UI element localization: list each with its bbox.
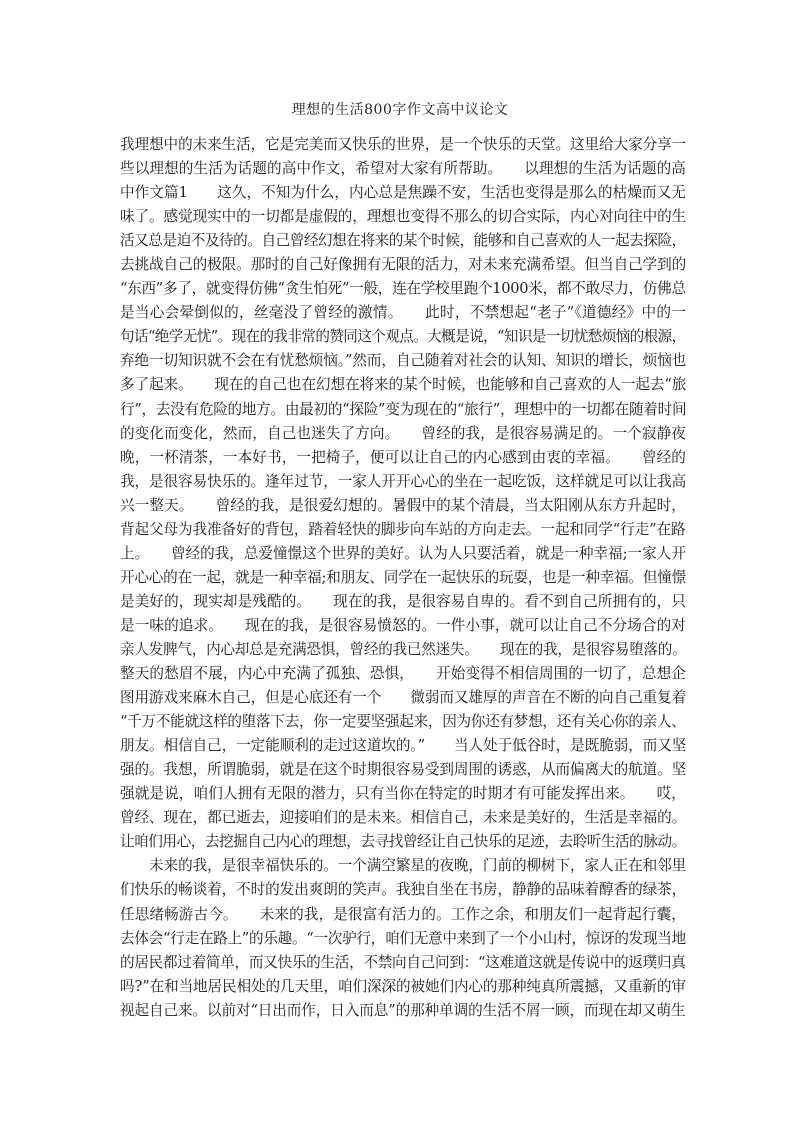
body-line: 是美好的，现实却是残酷的。 现在的我，是很容易自卑的。看不到自己所拥有的，只: [120, 590, 686, 614]
body-line: 兴一整天。 曾经的我，是很爱幻想的。暑假中的某个清晨，当太阳刚从东方升起时，: [120, 494, 686, 518]
body-line: “千万不能就这样的堕落下去，你一定要坚强起来，因为你还有梦想，还有关心你的亲人、: [120, 710, 686, 734]
body-line: 亲人发脾气，内心却总是充满恐惧，曾经的我已然迷失。 现在的我，是很容易堕落的。: [120, 638, 686, 662]
body-line: 视起自己来。以前对“日出而作，日入而息”的那种单调的生活不屑一顾，而现在却又萌生: [120, 999, 686, 1023]
body-line: 多了起来。 现在的自己也在幻想在将来的某个时候，也能够和自己喜欢的人一起去“旅: [120, 373, 686, 397]
body-line: 的居民都过着简单，而又快乐的生活，不禁向自己问到：“这难道这就是传说中的返璞归真: [120, 951, 686, 975]
body-line: 些以理想的生活为话题的高中作文，希望对大家有所帮助。 以理想的生活为话题的高: [120, 157, 686, 181]
body-line: 我，是很容易快乐的。逢年过节，一家人开开心心的坐在一起吃饭，这样就足可以让我高: [120, 470, 686, 494]
body-line: 去挑战自己的极限。那时的自己好像拥有无限的活力，对未来充满希望。但当自己学到的: [120, 253, 686, 277]
body-line: 味了。感觉现实中的一切都是虚假的，理想也变得不那么的切合实际，内心对向往中的生: [120, 205, 686, 229]
body-line: 背起父母为我准备好的背包，踏着轻快的脚步向车站的方向走去。一起和同学“行走”在路: [120, 518, 686, 542]
body-line: 曾经、现在，都已逝去，迎接咱们的是未来。相信自己，未来是美好的，生活是幸福的。: [120, 806, 686, 830]
body-line: 吗?”在和当地居民相处的几天里，咱们深深的被她们内心的那种纯真所震撼，又重新的审: [120, 975, 686, 999]
document-page: 理想的生活800字作文高中议论文 我理想中的未来生活，它是完美而又快乐的世界，是…: [0, 0, 800, 1132]
body-line: 朋友。相信自己，一定能顺利的走过这道坎的。” 当人处于低谷时，是既脆弱，而又坚: [120, 734, 686, 758]
body-line: 图用游戏来麻木自己，但是心底还有一个 微弱而又雄厚的声音在不断的向自己重复着: [120, 686, 686, 710]
body-line: 上。 曾经的我，总爱憧憬这个世界的美好。认为人只要活着，就是一种幸福;一家人开: [120, 542, 686, 566]
body-line: 的变化而变化，然而，自己也迷失了方向。 曾经的我，是很容易满足的。一个寂静夜: [120, 422, 686, 446]
body-line: 晚，一杯清茶，一本好书，一把椅子，便可以让自己的内心感到由衷的幸福。 曾经的: [120, 446, 686, 470]
body-line: 活又总是迫不及待的。自己曾经幻想在将来的某个时候，能够和自己喜欢的人一起去探险，: [120, 229, 686, 253]
body-line: 未来的我，是很幸福快乐的。一个满空繁星的夜晚，门前的柳树下，家人正在和邻里: [120, 854, 686, 878]
body-line: 弃绝一切知识就不会在有忧愁烦恼。”然而，自己随着对社会的认知、知识的增长，烦恼也: [120, 349, 686, 373]
body-line: 行”，去没有危险的地方。由最初的“探险”变为现在的“旅行”，理想中的一切都在随着…: [120, 398, 686, 422]
body-line: 是一味的追求。 现在的我，是很容易愤怒的。一件小事，就可以让自己不分场合的对: [120, 614, 686, 638]
body-line: 整天的愁眉不展，内心中充满了孤独、恐惧， 开始变得不相信周围的一切了，总想企: [120, 662, 686, 686]
body-line: 开心心的在一起，就是一种幸福;和朋友、同学在一起快乐的玩耍，也是一种幸福。但憧憬: [120, 566, 686, 590]
body-line: 强就是说，咱们人拥有无限的潜力，只有当你在特定的时期才有可能发挥出来。 哎，: [120, 782, 686, 806]
body-line: 是当心会晕倒似的，丝毫没了曾经的激情。 此时，不禁想起“老子”《道德经》中的一: [120, 301, 686, 325]
document-title: 理想的生活800字作文高中议论文: [0, 100, 800, 120]
document-body: 我理想中的未来生活，它是完美而又快乐的世界，是一个快乐的天堂。这里给大家分享一些…: [120, 133, 686, 1023]
body-line: 们快乐的畅谈着，不时的发出爽朗的笑声。我独自坐在书房，静静的品味着醇香的绿茶，: [120, 878, 686, 902]
body-line: 句话“绝学无忧”。现在的我非常的赞同这个观点。大概是说，“知识是一切忧愁烦恼的根…: [120, 325, 686, 349]
body-line: 中作文篇1 这久，不知为什么，内心总是焦躁不安，生活也变得是那么的枯燥而又无: [120, 181, 686, 205]
body-line: 强的。我想，所谓脆弱，就是在这个时期很容易受到周围的诱惑，从而偏离大的航道。坚: [120, 758, 686, 782]
body-line: 去体会“行走在路上”的乐趣。“一次驴行，咱们无意中来到了一个小山村，惊讶的发现当…: [120, 927, 686, 951]
body-line: “东西”多了，就变得仿佛“贪生怕死”一般，连在学校里跑个1000米，都不敢尽力，…: [120, 277, 686, 301]
body-line: 任思绪畅游古今。 未来的我，是很富有活力的。工作之余，和朋友们一起背起行囊，: [120, 903, 686, 927]
body-line: 让咱们用心，去挖掘自己内心的理想，去寻找曾经让自己快乐的足迹，去聆听生活的脉动。: [120, 830, 686, 854]
body-line: 我理想中的未来生活，它是完美而又快乐的世界，是一个快乐的天堂。这里给大家分享一: [120, 133, 686, 157]
